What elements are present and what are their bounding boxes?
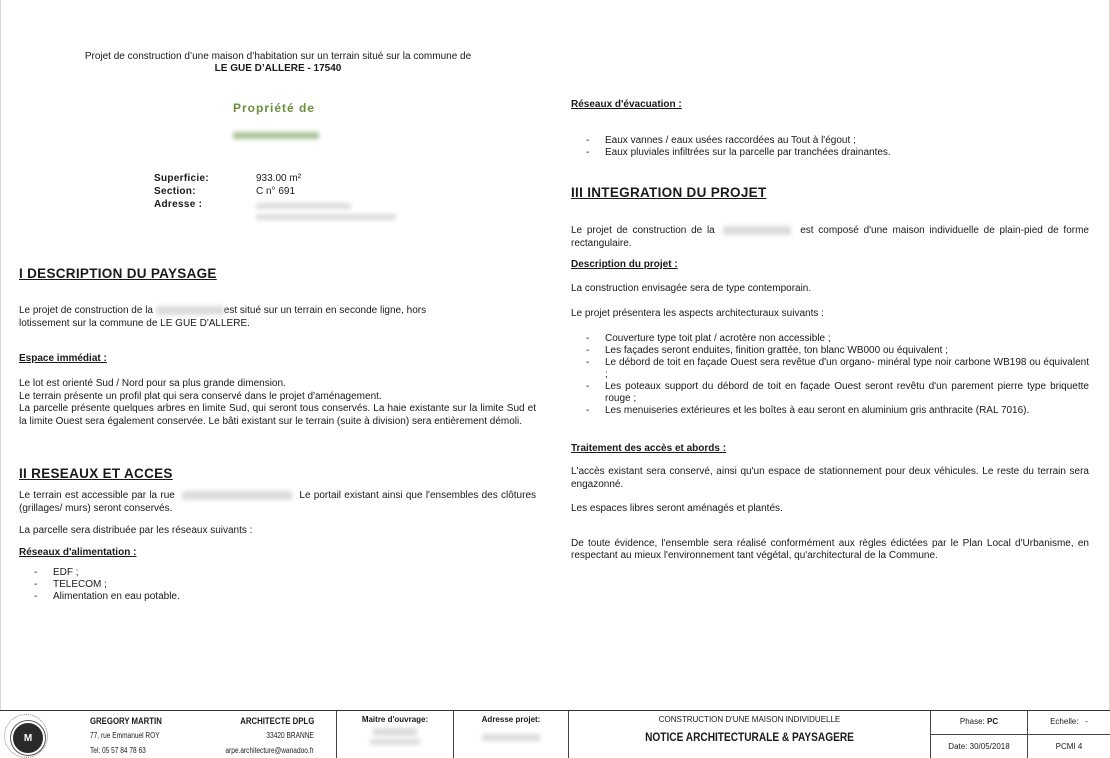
espace-immediat-title: Espace immédiat : [19, 353, 536, 364]
redacted-company [156, 306, 224, 315]
project-title: NOTICE ARCHITECTURALE & PAYSAGERE [591, 732, 909, 744]
page-edge-left [0, 0, 1, 710]
evacuation-list: Eaux vannes / eaux usées raccordées au T… [571, 135, 1089, 159]
owner-label: Propriété de [233, 101, 315, 115]
list-item: Couverture type toit plat / acrotère non… [571, 333, 1089, 345]
maitre-ouvrage-cell: Maitre d'ouvrage: [337, 711, 453, 758]
phase-date-cell: Phase: PC Date: 30/05/2018 [931, 711, 1027, 758]
aspects-list: Couverture type toit plat / acrotère non… [571, 333, 1089, 417]
section1-title: I DESCRIPTION DU PAYSAGE [19, 266, 536, 281]
title-block: M GREGORY MARTIN 77, rue Emmanuel ROY Te… [0, 710, 1110, 758]
list-item: Eaux vannes / eaux usées raccordées au T… [571, 135, 1089, 147]
access-paragraph-1: L'accès existant sera conservé, ainsi qu… [571, 466, 1089, 491]
architect-email[interactable]: arpe.architecture@wanadoo.fr [226, 746, 314, 755]
section1-intro: Le projet de construction de la est situ… [19, 305, 536, 330]
list-item: Le débord de toit en façade Ouest sera r… [571, 357, 1089, 381]
project-title-cell: CONSTRUCTION D'UNE MAISON INDIVIDUELLE N… [569, 711, 930, 758]
right-column: Réseaux d'évacuation : Eaux vannes / eau… [571, 99, 1089, 563]
architect-street: 77, rue Emmanuel ROY [90, 731, 160, 740]
desc-paragraph-1: La construction envisagée sera de type c… [571, 283, 1089, 296]
espace-line-2: Le terrain présente un profil plat qui s… [19, 391, 536, 404]
adresse-projet-cell: Adresse projet: [454, 711, 568, 758]
list-item: Eaux pluviales infiltrées sur la parcell… [571, 147, 1089, 159]
owner-name-redacted [233, 131, 319, 142]
project-subtitle: CONSTRUCTION D'UNE MAISON INDIVIDUELLE [569, 715, 930, 724]
evacuation-title: Réseaux d'évacuation : [571, 99, 1089, 110]
architect-phone: Tel: 05 57 84 78 63 [90, 746, 146, 755]
alimentation-list: EDF ; TELECOM ; Alimentation en eau pota… [19, 567, 536, 603]
parcel-adresse: Adresse : [154, 198, 396, 211]
maitre-ouvrage-label: Maitre d'ouvrage: [337, 715, 453, 724]
espace-line-3: La parcelle présente quelques arbres en … [19, 403, 536, 428]
list-item: Les poteaux support du débord de toit en… [571, 381, 1089, 405]
architect-title: ARCHITECTE DPLG [240, 716, 314, 727]
parcel-info: Superficie:933.00 m² Section:C n° 691 Ad… [154, 172, 396, 224]
parcel-superficie: Superficie:933.00 m² [154, 172, 396, 185]
section3-title: III INTEGRATION DU PROJET [571, 185, 1089, 200]
access-paragraph: Le terrain est accessible par la rue Le … [19, 490, 536, 515]
list-item: Les façades seront enduites, finition gr… [571, 345, 1089, 357]
architect-identity: GREGORY MARTIN 77, rue Emmanuel ROY Tel:… [90, 711, 210, 758]
redacted-company [723, 226, 791, 235]
adresse-projet-redacted [482, 734, 540, 741]
echelle-field: Echelle: - [1028, 711, 1110, 735]
date-field: Date: 30/05/2018 [931, 735, 1027, 758]
document-header: Projet de construction d’une maison d’ha… [20, 51, 536, 74]
address-redacted [256, 203, 351, 209]
maitre-ouvrage-redacted [373, 728, 417, 736]
scale-sheet-cell: Echelle: - PCMI 4 [1028, 711, 1110, 758]
traitement-acces-title: Traitement des accès et abords : [571, 443, 1089, 454]
list-item: EDF ; [19, 567, 536, 579]
header-commune: LE GUE D’ALLERE - 17540 [20, 63, 536, 74]
distribution-text: La parcelle sera distribuée par les rése… [19, 525, 536, 538]
adresse-projet-label: Adresse projet: [454, 715, 568, 724]
list-item: Alimentation en eau potable. [19, 591, 536, 603]
parcel-section: Section:C n° 691 [154, 185, 396, 198]
architect-logo-icon: M [4, 714, 48, 758]
section2-title: II RESEAUX ET ACCES [19, 466, 536, 481]
description-projet-title: Description du projet : [571, 259, 1089, 270]
architect-credentials: ARCHITECTE DPLG 33420 BRANNE arpe.archit… [200, 711, 314, 758]
architect-city: 33420 BRANNE [267, 731, 314, 740]
list-item: Les menuiseries extérieures et les boîte… [571, 405, 1089, 417]
redacted-street [182, 491, 292, 500]
section-reseaux-acces: II RESEAUX ET ACCES Le terrain est acces… [19, 466, 536, 603]
sheet-code: PCMI 4 [1028, 735, 1110, 758]
desc-paragraph-2: Le projet présentera les aspects archite… [571, 308, 1089, 321]
section-description-paysage: I DESCRIPTION DU PAYSAGE Le projet de co… [19, 266, 536, 428]
espace-line-1: Le lot est orienté Sud / Nord pour sa pl… [19, 378, 536, 391]
phase-field: Phase: PC [931, 711, 1027, 735]
conclusion-paragraph: De toute évidence, l'ensemble sera réali… [571, 538, 1089, 563]
header-line1: Projet de construction d’une maison d’ha… [20, 51, 536, 62]
section3-intro: Le projet de construction de la est comp… [571, 225, 1089, 250]
alimentation-title: Réseaux d'alimentation : [19, 547, 536, 558]
architect-name: GREGORY MARTIN [90, 716, 162, 727]
list-item: TELECOM ; [19, 579, 536, 591]
access-paragraph-2: Les espaces libres seront aménagés et pl… [571, 503, 1089, 516]
